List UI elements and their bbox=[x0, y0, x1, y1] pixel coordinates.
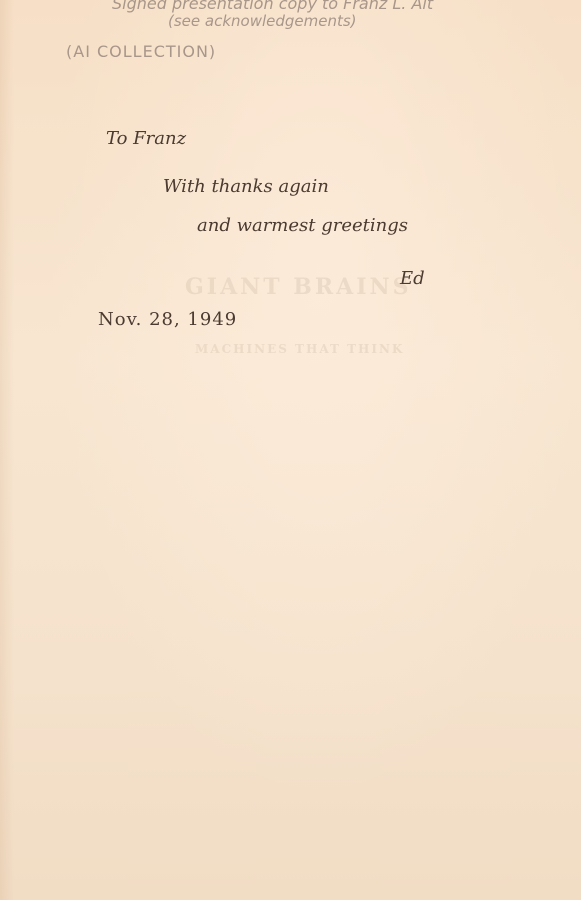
inscription-line-1: With thanks again bbox=[163, 176, 329, 197]
inscription-line-2: and warmest greetings bbox=[197, 215, 408, 236]
show-through-title: GIANT BRAINS bbox=[185, 274, 412, 300]
pencil-note-collection: (AI COLLECTION) bbox=[66, 42, 216, 61]
pencil-note-acknowledgements: (see acknowledgements) bbox=[168, 12, 357, 30]
inscription-date: Nov. 28, 1949 bbox=[98, 309, 237, 330]
show-through-subtitle: MACHINES THAT THINK bbox=[195, 342, 404, 356]
inscription-signature: Ed bbox=[400, 268, 425, 289]
book-flyleaf: GIANT BRAINS MACHINES THAT THINK Signed … bbox=[0, 0, 581, 900]
inscription-salutation: To Franz bbox=[106, 128, 186, 149]
